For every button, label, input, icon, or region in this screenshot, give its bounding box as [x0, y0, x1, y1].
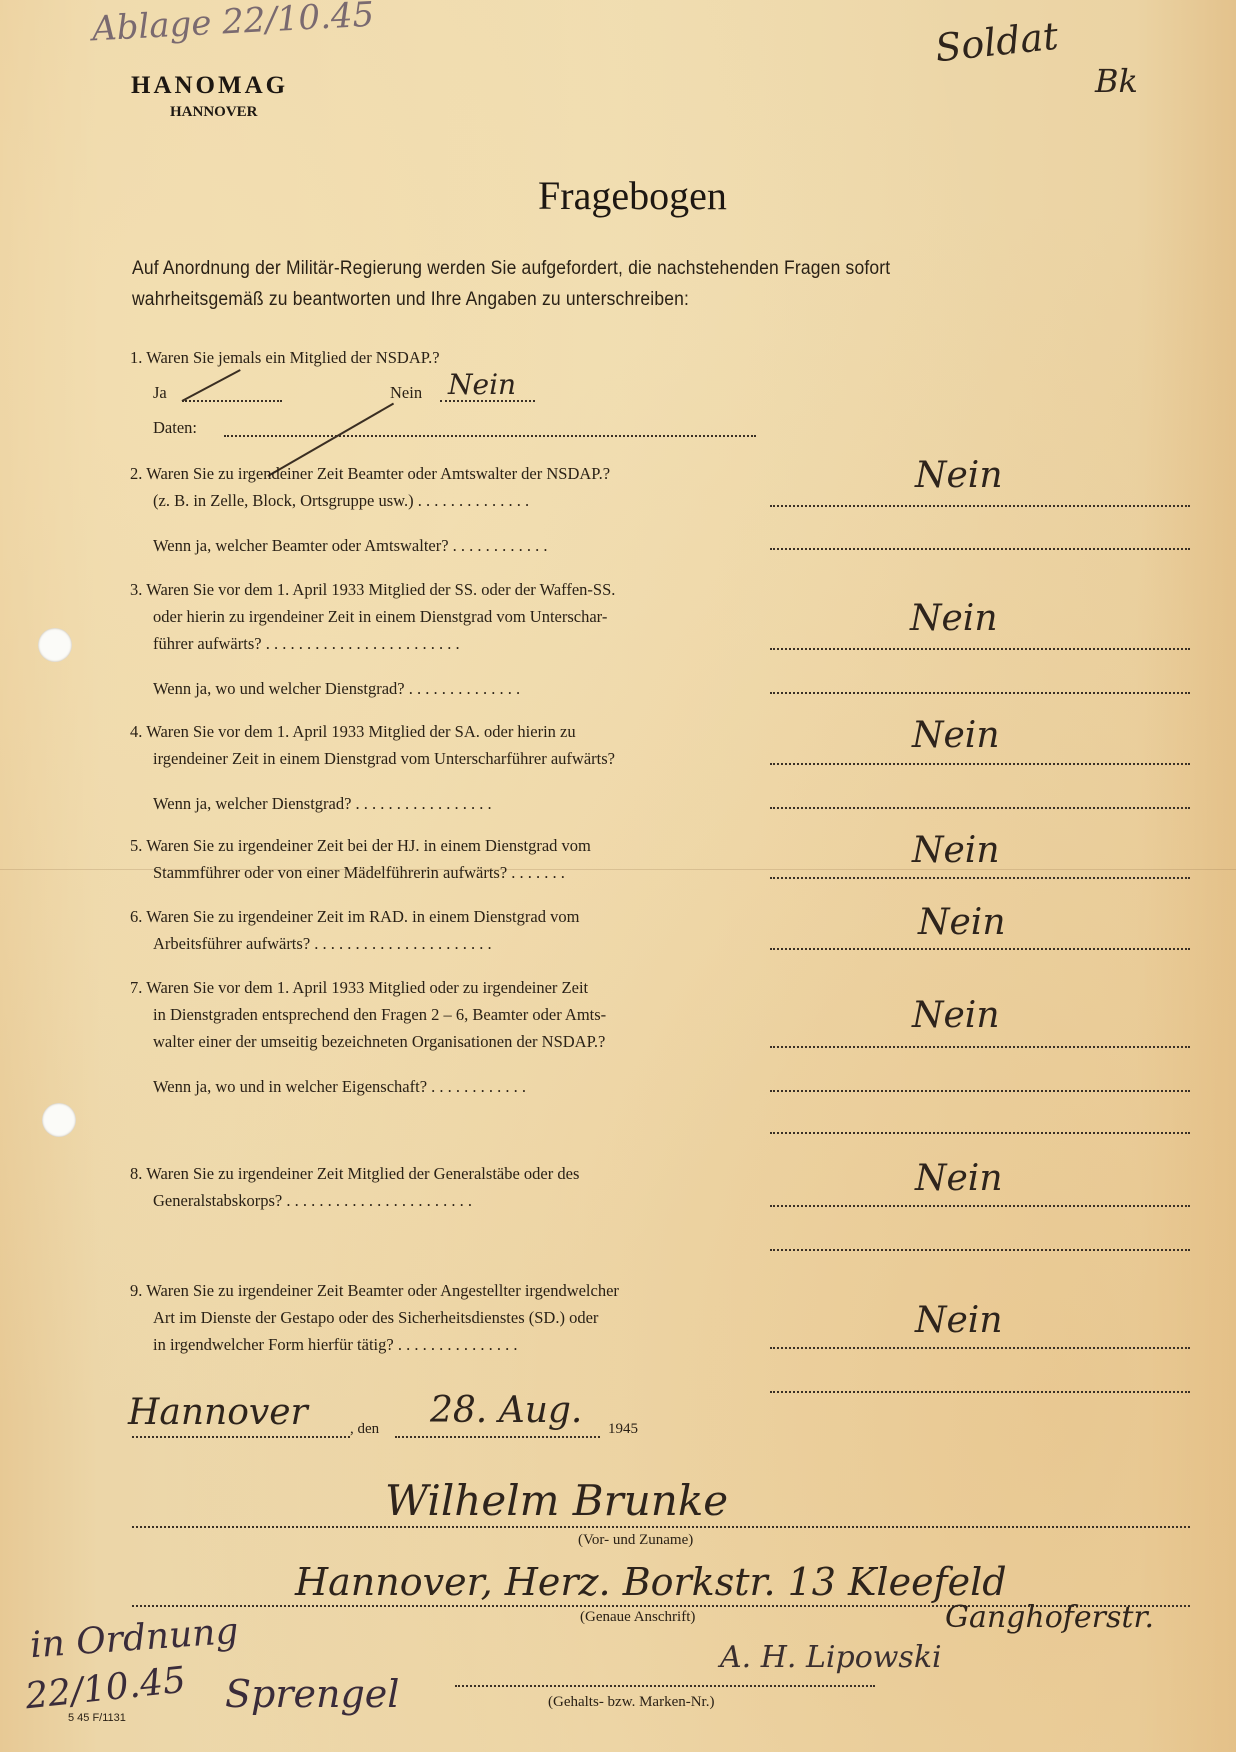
status-note-soldat: Soldat — [933, 14, 1060, 71]
marken-value: A. H. Lipowski — [720, 1640, 942, 1675]
question-text: Waren Sie jemals ein Mitglied der NSDAP.… — [146, 348, 439, 367]
answer-field[interactable] — [770, 505, 1190, 507]
followup-field[interactable] — [770, 1249, 1190, 1251]
question-text-cont: Stammführer oder von einer Mädelführerin… — [153, 859, 565, 886]
question-text-cont: walter einer der umseitig bezeichneten O… — [153, 1028, 605, 1055]
approval-signature: Sprengel — [225, 1672, 399, 1716]
answer-value: Nein — [912, 830, 1000, 871]
filing-note: Ablage 22/10.45 — [91, 0, 375, 49]
question-text: Waren Sie zu irgendeiner Zeit im RAD. in… — [146, 907, 579, 926]
ja-label: Ja — [153, 379, 167, 406]
date-value: 28. Aug. — [430, 1390, 582, 1431]
nein-answer: Nein — [448, 368, 516, 401]
question-number: 3. — [130, 580, 142, 599]
question-text-cont: in Dienstgraden entsprechend den Fragen … — [153, 1001, 606, 1028]
place-field[interactable] — [132, 1436, 350, 1438]
answer-field[interactable] — [770, 877, 1190, 879]
ja-strike-mark — [182, 369, 241, 402]
question-text: Waren Sie vor dem 1. April 1933 Mitglied… — [146, 978, 588, 997]
followup-text: Wenn ja, welcher Beamter oder Amtswalter… — [153, 532, 548, 559]
followup-field-2[interactable] — [770, 1132, 1190, 1134]
punch-hole-top — [38, 628, 72, 662]
question-text-cont: Arbeitsführer aufwärts? . . . . . . . . … — [153, 930, 492, 957]
year-label: 1945 — [608, 1421, 638, 1438]
question-number: 7. — [130, 978, 142, 997]
answer-value: Nein — [915, 455, 1003, 496]
answer-value: Nein — [918, 902, 1006, 943]
question-text: Waren Sie vor dem 1. April 1933 Mitglied… — [146, 580, 615, 599]
address-value: Hannover, Herz. Borkstr. 13 Kleefeld — [295, 1560, 1007, 1604]
answer-field[interactable] — [770, 648, 1190, 650]
form-code: 5 45 F/1131 — [68, 1712, 126, 1724]
place-value: Hannover — [128, 1392, 308, 1433]
followup-field[interactable] — [770, 1391, 1190, 1393]
answer-value: Nein — [910, 598, 998, 639]
approval-note: in Ordnung — [29, 1611, 240, 1666]
question-number: 9. — [130, 1281, 142, 1300]
intro-line-2: wahrheitsgemäß zu beantworten und Ihre A… — [132, 284, 689, 315]
answer-field[interactable] — [770, 763, 1190, 765]
den-label: , den — [350, 1421, 379, 1438]
question-text-cont: Generalstabskorps? . . . . . . . . . . .… — [153, 1187, 472, 1214]
followup-text: Wenn ja, welcher Dienstgrad? . . . . . .… — [153, 790, 492, 817]
question-text-cont: irgendeiner Zeit in einem Dienstgrad vom… — [153, 745, 615, 772]
address-continued: Ganghoferstr. — [945, 1600, 1154, 1635]
question-text: Waren Sie zu irgendeiner Zeit Beamter od… — [146, 464, 610, 483]
question-text-cont: (z. B. in Zelle, Block, Ortsgruppe usw.)… — [153, 487, 529, 514]
question-text-cont: oder hierin zu irgendeiner Zeit in einem… — [153, 603, 607, 630]
punch-hole-bottom — [42, 1103, 76, 1137]
question-number: 1. — [130, 348, 142, 367]
question-number: 4. — [130, 722, 142, 741]
answer-field[interactable] — [770, 948, 1190, 950]
answer-value: Nein — [915, 1300, 1003, 1341]
daten-field[interactable] — [224, 435, 756, 437]
question-number: 8. — [130, 1164, 142, 1183]
question-text-cont: Art im Dienste der Gestapo oder des Sich… — [153, 1304, 598, 1331]
answer-field[interactable] — [770, 1205, 1190, 1207]
name-label: (Vor- und Zuname) — [578, 1532, 693, 1549]
page-title: Fragebogen — [538, 172, 727, 219]
name-signature: Wilhelm Brunke — [385, 1476, 728, 1525]
answer-field[interactable] — [770, 1347, 1190, 1349]
answer-value: Nein — [912, 995, 1000, 1036]
name-field[interactable] — [132, 1526, 1190, 1528]
question-number: 6. — [130, 907, 142, 926]
ja-field[interactable] — [182, 400, 282, 402]
followup-field[interactable] — [770, 807, 1190, 809]
company-city: HANNOVER — [170, 104, 258, 121]
answer-field[interactable] — [770, 1046, 1190, 1048]
followup-field[interactable] — [770, 548, 1190, 550]
question-text: Waren Sie zu irgendeiner Zeit Mitglied d… — [146, 1164, 579, 1183]
address-label: (Genaue Anschrift) — [580, 1609, 695, 1626]
question-number: 2. — [130, 464, 142, 483]
answer-value: Nein — [915, 1158, 1003, 1199]
daten-label: Daten: — [153, 414, 197, 441]
question-text-cont: in irgendwelcher Form hierfür tätig? . .… — [153, 1331, 517, 1358]
nein-label: Nein — [390, 379, 422, 406]
followup-text: Wenn ja, wo und in welcher Eigenschaft? … — [153, 1073, 526, 1100]
marken-label: (Gehalts- bzw. Marken-Nr.) — [548, 1694, 714, 1711]
followup-field[interactable] — [770, 1090, 1190, 1092]
answer-value: Nein — [912, 715, 1000, 756]
initials-note: Bk — [1095, 62, 1138, 100]
marken-field[interactable] — [455, 1685, 875, 1687]
question-text: Waren Sie vor dem 1. April 1933 Mitglied… — [146, 722, 575, 741]
followup-text: Wenn ja, wo und welcher Dienstgrad? . . … — [153, 675, 520, 702]
question-text-cont: führer aufwärts? . . . . . . . . . . . .… — [153, 630, 460, 657]
intro-line-1: Auf Anordnung der Militär-Regierung werd… — [132, 253, 890, 284]
followup-field[interactable] — [770, 692, 1190, 694]
company-logo: HANOMAG — [131, 72, 288, 100]
approval-date: 22/10.45 — [23, 1660, 187, 1718]
question-text: Waren Sie zu irgendeiner Zeit bei der HJ… — [146, 836, 591, 855]
question-number: 5. — [130, 836, 142, 855]
date-field[interactable] — [395, 1436, 600, 1438]
question-text: Waren Sie zu irgendeiner Zeit Beamter od… — [146, 1281, 619, 1300]
